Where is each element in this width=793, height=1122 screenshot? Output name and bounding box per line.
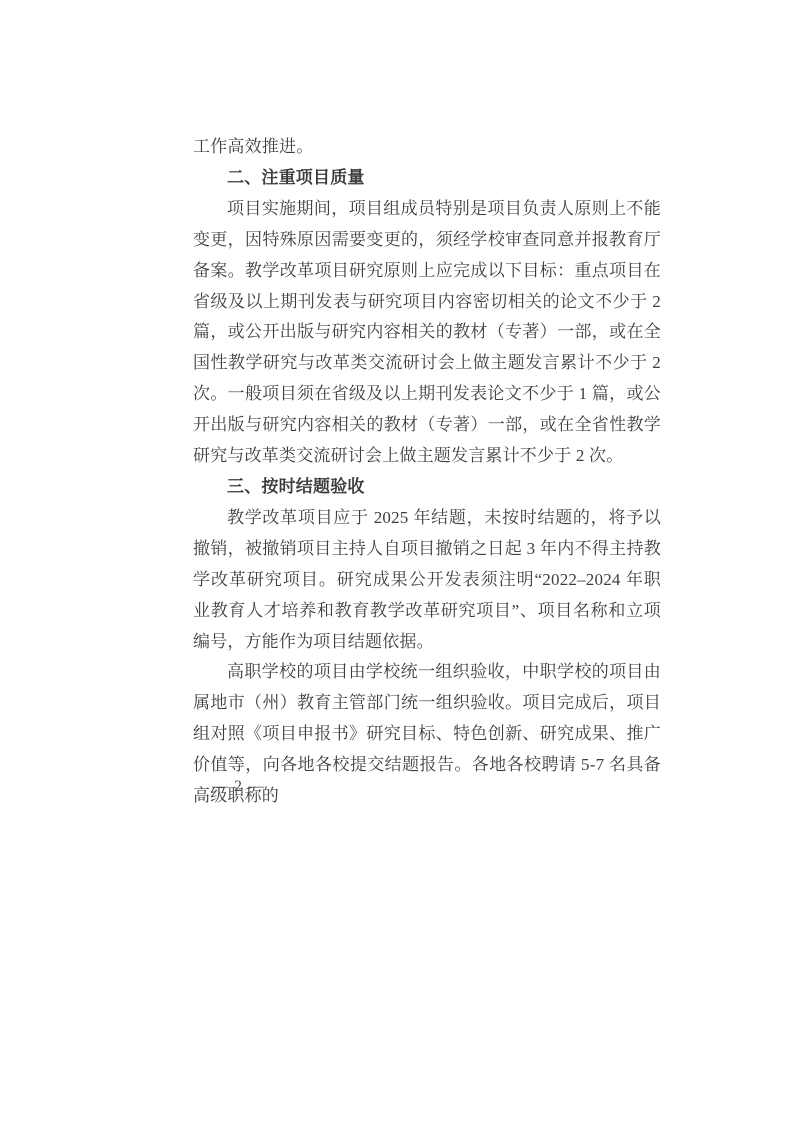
- document-page: 工作高效推进。 二、注重项目质量 项目实施期间，项目组成员特别是项目负责人原则上…: [0, 0, 793, 1122]
- page-number: — 2 —: [212, 775, 265, 799]
- paragraph-continuation: 工作高效推进。: [193, 132, 661, 163]
- section-heading-closing-acceptance: 三、按时结题验收: [193, 472, 661, 503]
- section-heading-project-quality: 二、注重项目质量: [193, 163, 661, 194]
- document-body: 工作高效推进。 二、注重项目质量 项目实施期间，项目组成员特别是项目负责人原则上…: [193, 132, 661, 812]
- paragraph-closing-deadline: 教学改革项目应于 2025 年结题，未按时结题的，将予以撤销，被撤销项目主持人自…: [193, 503, 661, 658]
- paragraph-project-quality: 项目实施期间，项目组成员特别是项目负责人原则上不能变更，因特殊原因需要变更的，须…: [193, 194, 661, 472]
